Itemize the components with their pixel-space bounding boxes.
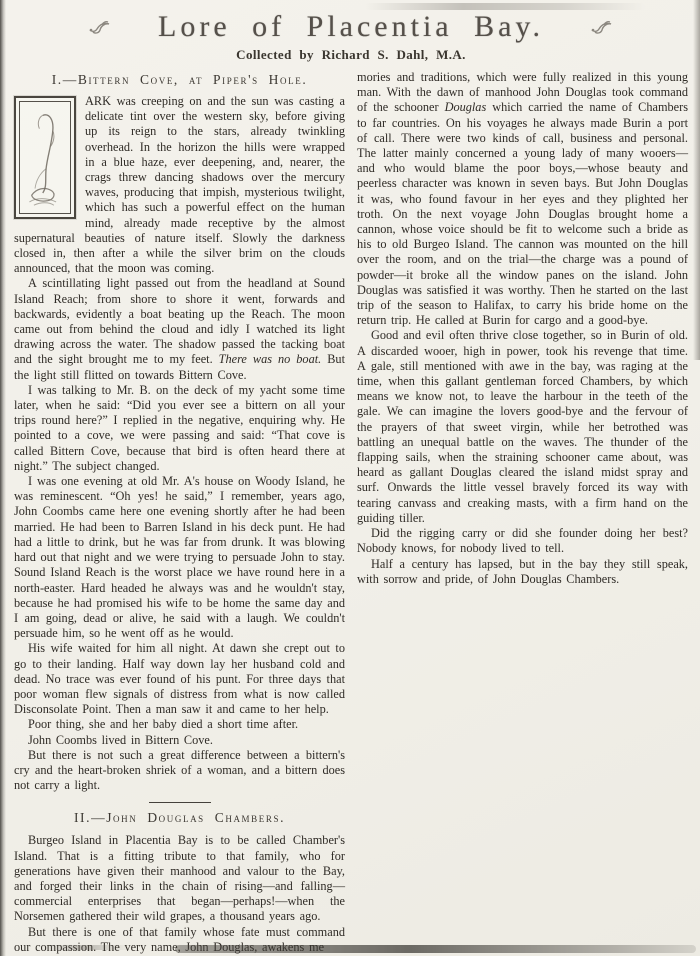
section-1-heading: I.—Bittern Cove, at Piper's Hole.: [14, 72, 345, 88]
scan-smudge-bottom: [175, 945, 696, 953]
section-divider: [149, 802, 211, 803]
paragraph-text: which carried the name of Chambers to fa…: [357, 100, 688, 327]
paragraph: I was one evening at old Mr. A's house o…: [14, 474, 345, 641]
schooner-name-italic: Douglas: [445, 100, 487, 114]
paragraph: Burgeo Island in Placentia Bay is to be …: [14, 833, 345, 924]
paragraph: Did the rigging carry or did she founder…: [357, 526, 688, 556]
bittern-sketch-dropcap-illustration: [14, 96, 76, 219]
paragraph: But there is not such a great difference…: [14, 748, 345, 794]
paragraph: mories and traditions, which were fully …: [357, 70, 688, 328]
paragraph: Poor thing, she and her baby died a shor…: [14, 717, 345, 732]
byline: Collected by Richard S. Dahl, M.A.: [14, 47, 688, 63]
column-right: mories and traditions, which were fully …: [357, 70, 688, 955]
scan-smudge-bottom-left: [40, 945, 130, 950]
column-left: I.—Bittern Cove, at Piper's Hole. ARK wa…: [14, 70, 345, 955]
dropcap-inner-frame: [19, 101, 71, 214]
fleuron-ornament-icon: [590, 19, 614, 40]
page-title: Lore of Placentia Bay.: [158, 10, 544, 44]
masthead: Lore of Placentia Bay. Collected by Rich…: [14, 8, 688, 66]
section-2-heading: II.—John Douglas Chambers.: [14, 810, 345, 826]
paragraph: Good and evil often thrive close togethe…: [357, 328, 688, 526]
scan-edge-artifact-right: [693, 0, 700, 360]
paragraph: Half a century has lapsed, but in the ba…: [357, 557, 688, 587]
paragraph: ARK was creeping on and the sun was cast…: [14, 94, 345, 276]
scanned-page: Lore of Placentia Bay. Collected by Rich…: [0, 0, 700, 956]
paragraph: John Coombs lived in Bittern Cove.: [14, 733, 345, 748]
paragraph: I was talking to Mr. B. on the deck of m…: [14, 383, 345, 474]
paragraph: His wife waited for him all night. At da…: [14, 641, 345, 717]
italic-phrase: There was no boat.: [219, 352, 322, 366]
scan-edge-artifact-left: [0, 0, 6, 956]
paragraph: A scintillating light passed out from th…: [14, 276, 345, 382]
fleuron-ornament-icon: [88, 19, 112, 40]
text-columns: I.—Bittern Cove, at Piper's Hole. ARK wa…: [14, 70, 688, 955]
